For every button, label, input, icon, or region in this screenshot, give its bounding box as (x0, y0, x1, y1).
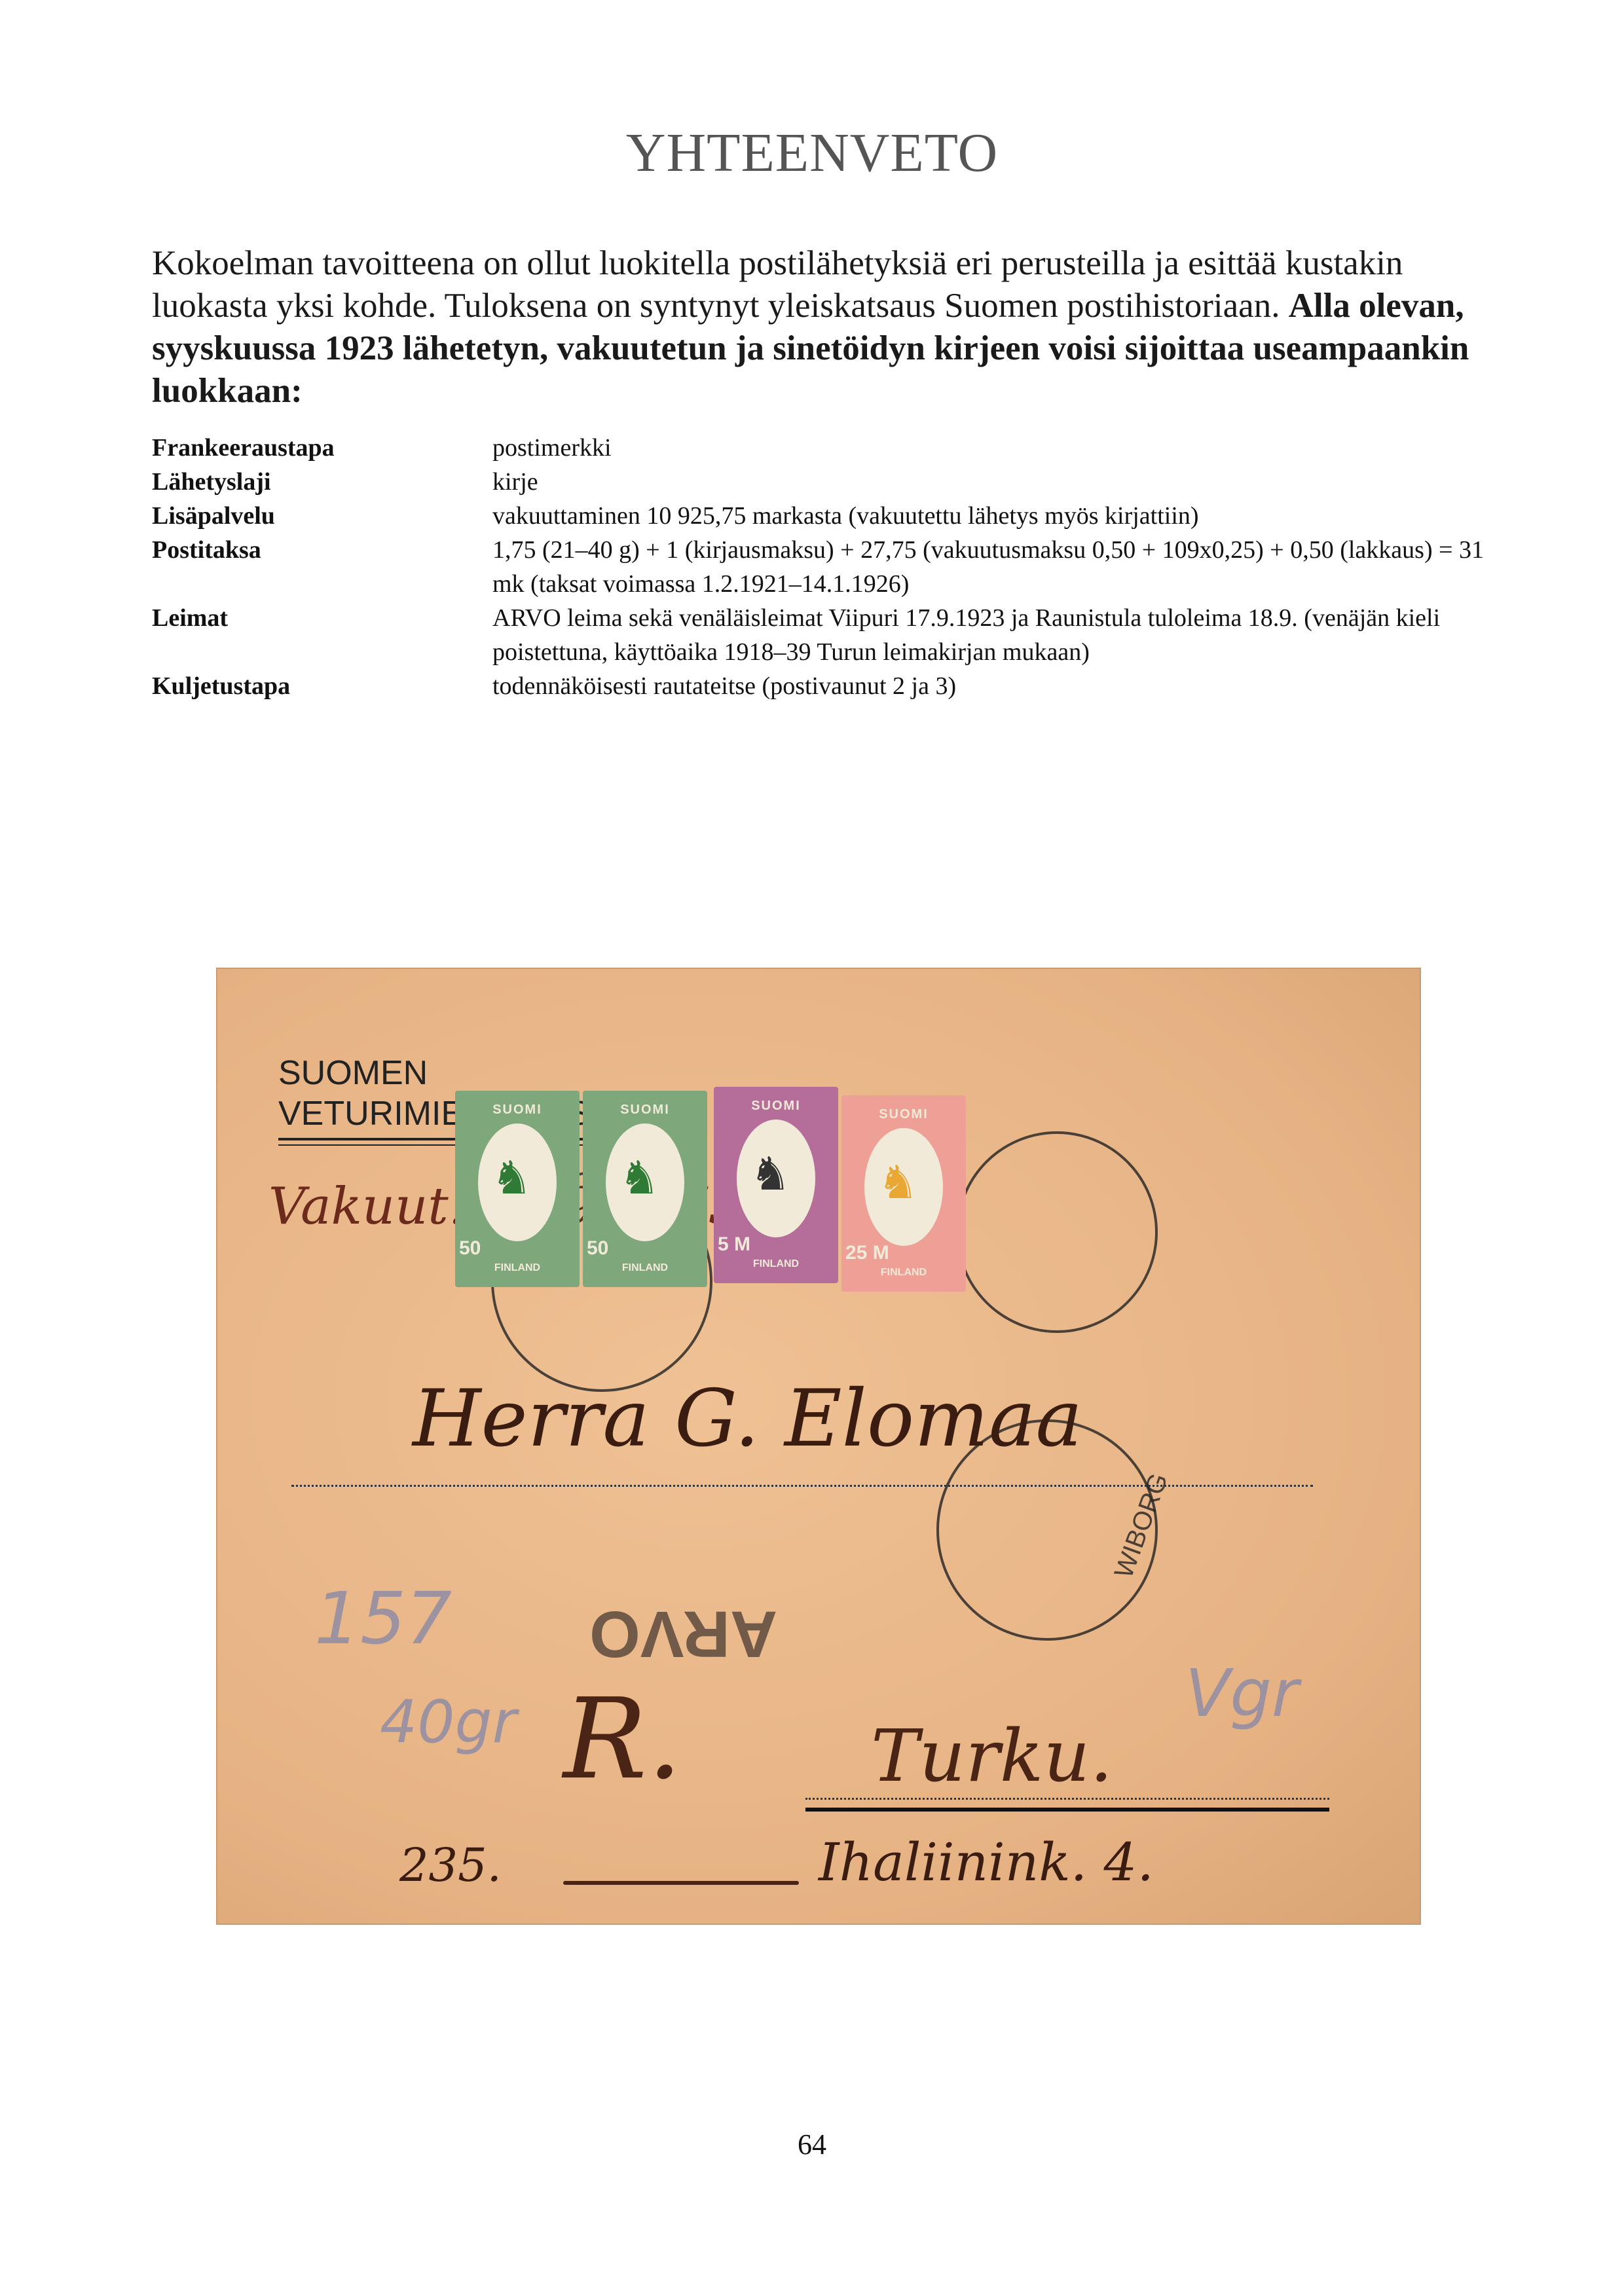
stamp-value: 50 (459, 1237, 481, 1260)
page-number: 64 (0, 2128, 1624, 2161)
fact-value: 1,75 (21–40 g) + 1 (kirjausmaksu) + 27,7… (492, 533, 1501, 601)
arvo-handstamp: ARVO (589, 1596, 777, 1671)
facts-table: Frankeeraustapapostimerkki Lähetyslajiki… (152, 431, 1501, 703)
fact-row: Lähetyslajikirje (152, 465, 1501, 499)
fact-value: postimerkki (492, 431, 1501, 465)
number-note: 235. (399, 1838, 502, 1892)
stamp-subtitle: FINLAND (583, 1262, 707, 1274)
address-dotted-line (291, 1485, 1313, 1487)
addressee-name: Herra G. Elomaa (413, 1374, 1082, 1465)
stamp-value: 25 M (845, 1242, 889, 1264)
stamp-country: SUOMI (455, 1102, 580, 1118)
fact-value: todennäköisesti rautateitse (postivaunut… (492, 669, 1501, 703)
stamp-subtitle: FINLAND (455, 1262, 580, 1274)
fact-row: Postitaksa1,75 (21–40 g) + 1 (kirjausmak… (152, 533, 1501, 601)
city-name: Turku. (871, 1714, 1113, 1798)
postmark-circle (956, 1131, 1158, 1333)
stamp-subtitle: FINLAND (714, 1258, 838, 1270)
stamp-25m-rose: SUOMI ♞ 25 M FINLAND (841, 1095, 966, 1292)
fact-key: Leimat (152, 601, 492, 669)
intro-text: Kokoelman tavoitteena on ollut luokitell… (152, 244, 1403, 325)
stamp-value: 50 (587, 1237, 608, 1260)
city-dotted-line (805, 1798, 1329, 1800)
page-title: YHTEENVETO (0, 121, 1624, 185)
envelope-image: SUOMEN VETURIMIESYHDISTYS Vakuut. 10,925… (216, 968, 1421, 1925)
lion-icon: ♞ (750, 1149, 791, 1201)
stamp-country: SUOMI (841, 1107, 966, 1122)
stamp-subtitle: FINLAND (841, 1267, 966, 1279)
fact-value: ARVO leima sekä venäläisleimat Viipuri 1… (492, 601, 1501, 669)
fact-key: Lisäpalvelu (152, 499, 492, 533)
fact-key: Postitaksa (152, 533, 492, 601)
handwritten-flourish (563, 1881, 799, 1885)
stamp-country: SUOMI (714, 1099, 838, 1114)
stamp-value: 5 M (718, 1233, 750, 1256)
stamp-50p-green: SUOMI ♞ 50 FINLAND (583, 1091, 707, 1287)
fact-row: Frankeeraustapapostimerkki (152, 431, 1501, 465)
lion-icon: ♞ (877, 1157, 919, 1210)
fact-value: vakuuttaminen 10 925,75 markasta (vakuut… (492, 499, 1501, 533)
pencil-note: 157 (314, 1576, 452, 1660)
pencil-note: Vgr (1185, 1655, 1299, 1732)
intro-paragraph: Kokoelman tavoitteena on ollut luokitell… (152, 242, 1488, 412)
fact-key: Kuljetustapa (152, 669, 492, 703)
street-address: Ihaliinink. 4. (819, 1832, 1154, 1893)
fact-row: Lisäpalveluvakuuttaminen 10 925,75 marka… (152, 499, 1501, 533)
fact-value: kirje (492, 465, 1501, 499)
fact-key: Frankeeraustapa (152, 431, 492, 465)
stamp-5m-purple: SUOMI ♞ 5 M FINLAND (714, 1087, 838, 1283)
pencil-note: 40gr (380, 1688, 517, 1757)
city-underline (805, 1808, 1329, 1812)
lion-icon: ♞ (491, 1153, 532, 1205)
sender-line-1: SUOMEN (278, 1053, 657, 1093)
fact-row: Kuljetustapatodennäköisesti rautateitse … (152, 669, 1501, 703)
city-prefix: R. (563, 1675, 682, 1804)
lion-icon: ♞ (619, 1153, 660, 1205)
stamp-50p-green: SUOMI ♞ 50 FINLAND (455, 1091, 580, 1287)
stamp-country: SUOMI (583, 1102, 707, 1118)
fact-row: LeimatARVO leima sekä venäläisleimat Vii… (152, 601, 1501, 669)
fact-key: Lähetyslaji (152, 465, 492, 499)
